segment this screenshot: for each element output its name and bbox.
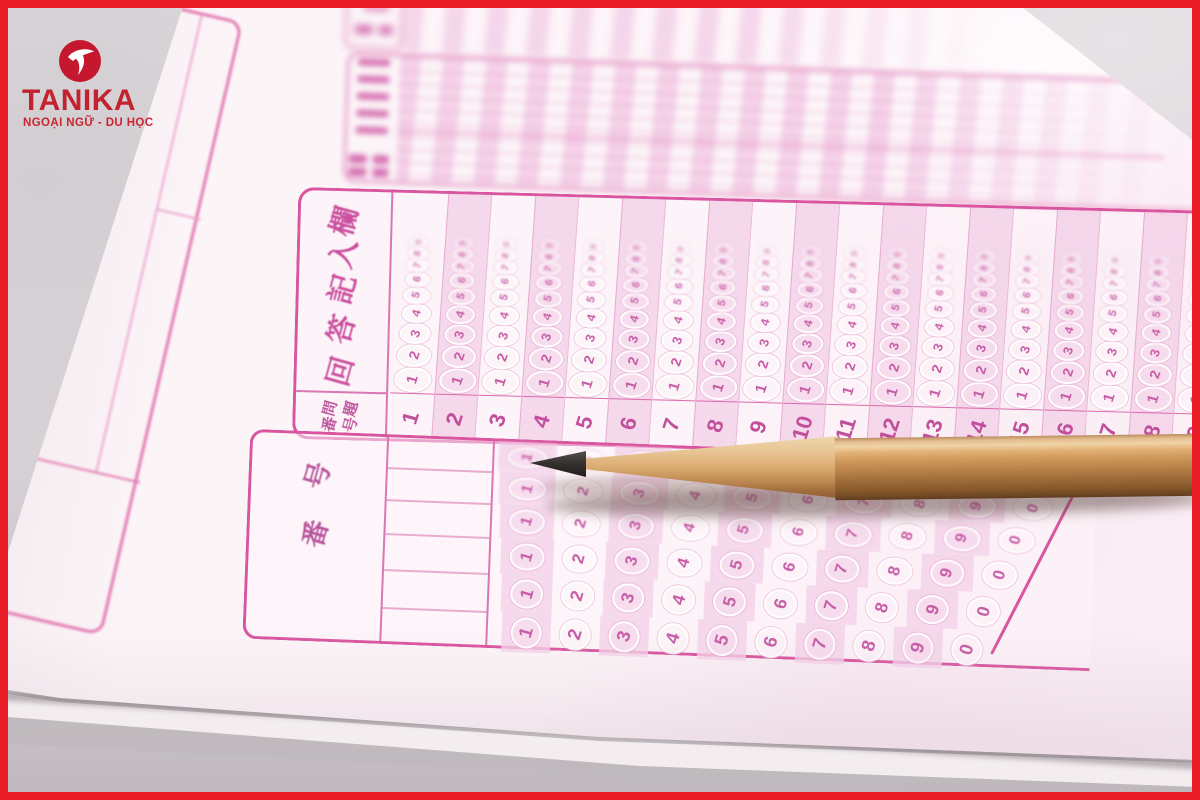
id-digit-bubble: 7: [824, 554, 860, 582]
question-number: 3: [484, 411, 513, 430]
answer-bubble: 1: [829, 377, 868, 403]
id-digit: 1: [515, 586, 538, 601]
id-digit: 0: [972, 603, 995, 618]
answer-bubble: 2: [963, 358, 999, 382]
answer-bubble: 1: [786, 376, 825, 402]
id-digit-cell: 5: [697, 619, 747, 661]
blurred-print-mark: [348, 167, 366, 177]
answer-bubble: 2: [832, 355, 868, 379]
id-digit: 0: [955, 641, 979, 657]
answer-bubble-digit: 2: [624, 355, 642, 367]
id-digit-cell: 1: [500, 538, 554, 576]
answer-bubble-digit: 8: [1152, 268, 1164, 276]
answer-bubble: 5: [1056, 303, 1084, 321]
answer-bubble-digit: 4: [583, 313, 598, 323]
far-section-middle: [288, 50, 1200, 212]
id-digit-cell: 7: [825, 516, 881, 552]
answer-bubble-digit: 4: [670, 315, 685, 325]
answer-bubble-digit: 7: [848, 272, 860, 280]
answer-bubble: 9: [1018, 252, 1038, 264]
answer-bubble-digit: 1: [796, 383, 815, 396]
answer-bubble-digit: 1: [535, 376, 554, 389]
answer-bubble-digit: 9: [1110, 257, 1121, 264]
id-digit-bubble: 9: [902, 632, 934, 664]
answer-bubble-digit: 2: [537, 353, 555, 365]
answer-bubble-digit: 4: [801, 318, 816, 328]
question-number: 9: [744, 418, 773, 437]
id-digit: 8: [884, 564, 905, 578]
id-digit-bubble: 0: [967, 596, 1001, 626]
answer-bubble: 8: [713, 255, 735, 268]
answer-bubble: 1: [1090, 384, 1129, 410]
answer-bubble-digit: 9: [762, 247, 773, 254]
answer-bubble: 6: [449, 272, 475, 288]
id-digit: 1: [518, 482, 537, 495]
id-digit: 1: [514, 625, 538, 641]
answer-bubble: 7: [1016, 274, 1040, 288]
answer-bubble-digit: 4: [408, 308, 423, 318]
answer-bubble-digit: 4: [1062, 325, 1077, 335]
id-digit: 9: [937, 566, 958, 580]
answer-bubble: 9: [844, 248, 864, 260]
id-digit-cell: 0: [973, 556, 1027, 594]
id-digit-cell: 6: [771, 514, 827, 550]
answer-bubble: 8: [974, 261, 996, 274]
blurred-print-mark: [358, 58, 390, 66]
answer-bubble: 6: [579, 276, 605, 292]
id-digit-bubble: 3: [608, 620, 640, 652]
answer-bubble-digit: 3: [1104, 346, 1121, 357]
id-digit-bubble: 2: [560, 580, 594, 610]
id-digit-cell: 2: [550, 613, 600, 655]
answer-bubble: 2: [1050, 360, 1086, 384]
answer-bubble-digit: 7: [630, 267, 642, 275]
answer-bubble-digit: 5: [410, 291, 423, 300]
id-digit: 6: [769, 596, 792, 611]
answer-bubble: 5: [491, 289, 519, 307]
question-number: 2: [440, 410, 469, 429]
photo-frame: 欄入記答回 問題番号 12345678911234567892123456789…: [0, 0, 1200, 800]
answer-bubble: 7: [1103, 276, 1127, 290]
answer-bubble: 7: [885, 271, 909, 285]
answer-bubble-digit: 8: [891, 262, 903, 270]
answer-bubble-digit: 3: [582, 332, 599, 343]
answer-bubble-digit: 4: [844, 319, 859, 329]
answer-bubble: 6: [536, 275, 562, 291]
answer-section-title-char: 記: [326, 272, 362, 308]
answer-bubble-digit: 1: [709, 381, 728, 394]
answer-bubble: 9: [409, 236, 429, 248]
answer-bubble: 5: [1012, 302, 1040, 320]
answer-bubble-digit: 2: [1189, 370, 1200, 382]
answer-bubble-digit: 8: [1065, 266, 1077, 274]
answer-bubble: 7: [798, 268, 822, 282]
answer-bubble: 9: [714, 244, 734, 256]
answer-bubble: 6: [1014, 287, 1040, 303]
id-digit-bubble: 2: [562, 544, 598, 572]
id-digit-bubble: 9: [943, 525, 980, 551]
answer-bubble-digit: 6: [1021, 291, 1034, 300]
answer-bubble: 8: [756, 256, 778, 269]
id-digit-cell: 1: [501, 574, 553, 614]
answer-bubble-digit: 7: [587, 266, 599, 274]
answer-bubble: 9: [888, 249, 908, 261]
answer-bubble-digit: 7: [804, 271, 816, 279]
id-digit: 2: [569, 551, 590, 565]
answer-bubble: 9: [670, 243, 690, 255]
answer-bubble: 8: [1060, 264, 1082, 277]
answer-bubble-digit: 5: [1063, 308, 1076, 317]
id-digit-bubble: 8: [889, 523, 926, 549]
answer-bubble-digit: 5: [715, 299, 728, 308]
id-digit-bubble: 0: [982, 561, 1018, 589]
id-digit-cell: 0: [942, 629, 992, 671]
answer-bubble-digit: 3: [669, 334, 686, 345]
id-digit: 5: [727, 558, 748, 572]
id-digit-cell: 4: [658, 544, 712, 582]
id-digit-cell: 7: [805, 585, 857, 625]
answer-bubble: 9: [1192, 257, 1200, 269]
answer-bubble-digit: 8: [1196, 270, 1200, 278]
id-digit: 6: [779, 560, 800, 574]
id-digit: 4: [667, 592, 690, 607]
answer-bubble: 4: [576, 308, 606, 328]
answer-bubble-digit: 5: [1020, 306, 1033, 315]
id-digit-bubble: 6: [780, 519, 817, 545]
answer-section-title: 欄入記答回: [296, 196, 391, 392]
answer-bubble: 9: [1149, 255, 1169, 267]
id-digit: 2: [566, 588, 589, 603]
id-digit: 3: [612, 628, 636, 644]
question-number: 8: [701, 417, 730, 436]
answer-bubble-digit: 4: [931, 322, 946, 332]
answer-bubble: 4: [401, 303, 431, 323]
answer-bubble-digit: 3: [1191, 348, 1200, 359]
answer-bubble: 6: [492, 274, 518, 290]
answer-bubble: 7: [450, 259, 474, 273]
answer-bubble-digit: 5: [933, 304, 946, 313]
answer-bubble: 3: [443, 323, 475, 345]
answer-bubble-digit: 7: [543, 264, 555, 272]
id-digit-cell: 8: [868, 552, 922, 590]
answer-bubble: 7: [581, 263, 605, 277]
answer-bubble: 7: [494, 260, 518, 274]
blurred-print-mark: [356, 126, 388, 134]
answer-bubble: 1: [438, 367, 477, 393]
answer-bubble-digit: 6: [455, 276, 468, 285]
answer-bubble-digit: 2: [711, 357, 729, 369]
id-write-in-cells: [381, 437, 493, 645]
answer-bubble: 7: [1146, 277, 1170, 291]
answer-bubble-digit: 5: [455, 292, 468, 301]
answer-bubble-digit: 5: [542, 294, 555, 303]
answer-bubble-digit: 9: [979, 253, 990, 260]
answer-bubble-digit: 9: [1023, 254, 1034, 261]
answer-bubble: 6: [971, 286, 997, 302]
answer-bubble-digit: 2: [798, 359, 816, 371]
answer-bubble: 2: [658, 350, 694, 374]
answer-bubble-digit: 6: [629, 280, 642, 289]
answer-bubble-digit: 9: [413, 238, 424, 245]
id-digit-cell: 8: [880, 518, 936, 554]
question-number: 1: [396, 409, 425, 428]
answer-bubble-digit: 7: [1021, 277, 1033, 285]
answer-bubble-digit: 8: [761, 258, 773, 266]
answer-bubble-digit: 3: [1147, 347, 1164, 358]
answer-bubble-digit: 9: [718, 246, 729, 253]
blurred-print-mark: [372, 168, 388, 178]
answer-bubble: 4: [1141, 323, 1171, 343]
answer-bubble: 2: [528, 347, 564, 371]
answer-bubble: 9: [583, 241, 603, 253]
answer-bubble: 1: [742, 375, 781, 401]
id-digit-bubble: 8: [877, 556, 913, 584]
answer-bubble-digit: 2: [450, 350, 468, 362]
answer-bubble-digit: 2: [971, 364, 989, 376]
id-digit-cell: 2: [551, 576, 603, 616]
answer-bubble: 9: [931, 250, 951, 262]
answer-bubble: 4: [967, 318, 997, 338]
id-digit: 7: [808, 636, 832, 652]
answer-bubble: 4: [489, 305, 519, 325]
answer-bubble: 8: [407, 247, 429, 260]
id-digit-bubble: 4: [657, 622, 689, 654]
answer-bubble: 6: [404, 271, 430, 287]
answer-bubble: 2: [615, 349, 651, 373]
answer-bubble: 6: [927, 285, 953, 301]
answer-bubble: 4: [1098, 321, 1128, 341]
answer-bubble-digit: 6: [1107, 293, 1120, 302]
answer-bubble-digit: 1: [1057, 390, 1076, 403]
answer-bubble-digit: 8: [717, 257, 729, 265]
answer-bubble-digit: 4: [1148, 327, 1163, 337]
answer-bubble: 6: [840, 283, 866, 299]
id-write-in-row-line: [383, 607, 487, 612]
question-number-cell: 5: [562, 397, 608, 447]
answer-bubble-digit: 7: [1108, 279, 1120, 287]
blurred-print-mark: [379, 25, 393, 34]
answer-bubble-digit: 1: [1187, 393, 1200, 406]
answer-bubble-digit: 8: [978, 264, 990, 272]
answer-bubble: 3: [1183, 343, 1200, 365]
id-digit: 9: [952, 532, 972, 545]
id-digit-bubble: 0: [951, 633, 983, 665]
answer-bubble: 3: [878, 335, 910, 357]
answer-bubble-digit: 1: [403, 373, 422, 386]
id-digit-bubble: 6: [755, 626, 787, 658]
id-digit-bubble: 7: [835, 521, 872, 547]
answer-bubble-digit: 1: [970, 388, 989, 401]
answer-bubble-digit: 5: [672, 297, 685, 306]
answer-bubble: 6: [710, 279, 736, 295]
answer-bubble: 3: [748, 331, 780, 353]
answer-bubble-digit: 5: [759, 300, 772, 309]
answer-bubble: 8: [1104, 265, 1126, 278]
answer-bubble: 3: [617, 328, 649, 350]
id-digit-bubble: 1: [509, 508, 546, 534]
answer-bubble-digit: 2: [580, 354, 598, 366]
answer-bubble-digit: 4: [1192, 328, 1200, 338]
answer-bubble: 5: [969, 301, 997, 319]
id-digit: 1: [517, 515, 537, 528]
answer-bubble: 5: [882, 299, 910, 317]
answer-bubble: 3: [1052, 339, 1084, 361]
question-number: 6: [614, 414, 643, 433]
answer-bubble-digit: 8: [457, 250, 469, 258]
answer-bubble-digit: 5: [1107, 309, 1120, 318]
answer-bubble: 4: [837, 315, 867, 335]
answer-bubble-digit: 9: [892, 251, 903, 258]
answer-bubble: 3: [791, 332, 823, 354]
answer-bubble-digit: 1: [883, 385, 902, 398]
answer-bubble: 2: [1006, 359, 1042, 383]
id-digit-bubble: 7: [814, 590, 848, 620]
answer-bubble: 9: [540, 240, 560, 252]
answer-bubble-digit: 9: [1197, 259, 1200, 266]
id-digit-cell: 4: [653, 579, 705, 619]
blurred-print-mark: [364, 5, 390, 11]
answer-bubble: 2: [1136, 362, 1172, 386]
id-digit: 1: [519, 451, 537, 463]
id-write-in-row-line: [384, 569, 488, 574]
swallow-bird-icon: [59, 40, 101, 82]
answer-bubble: 3: [704, 330, 736, 352]
answer-bubble-digit: 4: [496, 310, 511, 320]
answer-bubble: 2: [1093, 361, 1129, 385]
id-digit-bubble: 0: [998, 527, 1035, 553]
answer-bubble-digit: 8: [848, 260, 860, 268]
id-digit-bubble: 4: [667, 548, 703, 576]
id-digit: 1: [517, 549, 538, 563]
id-digit: 0: [990, 568, 1011, 582]
answer-bubble: 8: [539, 250, 561, 263]
answer-bubble: 6: [1145, 291, 1171, 307]
answer-bubble-digit: 4: [1105, 326, 1120, 336]
id-digit-cell: 3: [599, 615, 649, 657]
answer-bubble: 9: [801, 246, 821, 258]
answer-bubble: 8: [887, 259, 909, 272]
answer-bubble-digit: 4: [888, 321, 903, 331]
answer-bubble-digit: 7: [935, 275, 947, 283]
answer-bubble: 8: [843, 258, 865, 271]
answer-bubble-digit: 9: [457, 240, 468, 247]
answer-bubble-digit: 1: [665, 380, 684, 393]
answer-bubble: 8: [1017, 263, 1039, 276]
answer-bubble-digit: 8: [587, 254, 599, 262]
answer-bubble-digit: 6: [1151, 294, 1164, 303]
answer-bubble-digit: 1: [839, 384, 858, 397]
answer-bubble: 4: [750, 312, 780, 332]
answer-bubble-digit: 4: [757, 317, 772, 327]
answer-bubble: 1: [568, 371, 607, 397]
answer-bubble-digit: 5: [498, 293, 511, 302]
answer-bubble: 2: [396, 343, 432, 367]
answer-bubble-digit: 3: [712, 336, 729, 347]
answer-bubble: 8: [582, 251, 604, 264]
answer-bubble: 4: [619, 309, 649, 329]
id-digit-cell: 8: [856, 587, 908, 627]
answer-bubble: 5: [925, 300, 953, 318]
answer-bubble: 8: [626, 252, 648, 265]
answer-bubble-digit: 7: [978, 276, 990, 284]
answer-section-title-char: 答: [325, 312, 361, 348]
answer-bubble: 1: [655, 373, 694, 399]
id-digit-cell: 5: [704, 581, 756, 621]
answer-bubble-digit: 3: [843, 339, 860, 350]
answer-bubble-digit: 5: [628, 296, 641, 305]
id-digit: 3: [626, 519, 646, 532]
id-digit: 7: [843, 527, 863, 540]
id-digit: 7: [820, 598, 843, 613]
answer-bubble-digit: 9: [588, 243, 599, 250]
answer-bubble: 7: [842, 269, 866, 283]
answer-bubble: 3: [399, 322, 431, 344]
id-digit-cell: 7: [815, 550, 869, 588]
answer-bubble: 1: [481, 368, 520, 394]
answer-bubble: 7: [668, 265, 692, 279]
answer-bubble: 7: [711, 266, 735, 280]
answer-bubble-digit: 7: [674, 268, 686, 276]
answer-bubble-digit: 3: [973, 342, 990, 353]
answer-bubble: 8: [800, 257, 822, 270]
answer-bubble-digit: 8: [500, 251, 512, 259]
blurred-print-mark: [356, 109, 388, 117]
answer-bubble-digit: 2: [405, 349, 423, 361]
answer-bubble: 5: [665, 293, 693, 311]
id-digit-bubble: 5: [713, 586, 747, 616]
answer-bubble: 6: [666, 278, 692, 294]
answer-bubble-digit: 1: [1144, 392, 1163, 405]
id-digit: 7: [832, 562, 853, 576]
answer-bubble-digit: 7: [1195, 281, 1200, 289]
id-digit: 2: [572, 517, 592, 530]
answer-bubble-digit: 3: [1017, 344, 1034, 355]
answer-bubble: 1: [916, 380, 955, 406]
answer-bubble: 9: [1105, 254, 1125, 266]
answer-bubble-digit: 9: [936, 252, 947, 259]
id-digit-cell: 9: [934, 520, 990, 556]
answer-bubble: 3: [1009, 338, 1041, 360]
answer-bubble-digit: 3: [451, 329, 468, 340]
answer-bubble: 4: [706, 311, 736, 331]
answer-bubble-digit: 5: [1150, 310, 1163, 319]
answer-bubble-digit: 4: [975, 323, 990, 333]
answer-bubble-digit: 1: [622, 378, 641, 391]
answer-bubble: 7: [972, 273, 996, 287]
answer-bubble-digit: 9: [675, 245, 686, 252]
id-digit-cell: 6: [763, 548, 817, 586]
answer-bubble-digit: 6: [890, 287, 903, 296]
answer-bubble-digit: 8: [1022, 265, 1034, 273]
answer-bubble-digit: 4: [1018, 324, 1033, 334]
answer-bubble: 1: [393, 366, 432, 392]
far-section-top-header-box: [344, 0, 404, 50]
answer-bubble: 5: [621, 292, 649, 310]
id-digit-bubble: 3: [617, 512, 654, 538]
answer-bubble: 4: [1011, 319, 1041, 339]
id-digit-cell: 1: [499, 503, 555, 539]
answer-bubble: 3: [965, 337, 997, 359]
answer-bubble-digit: 6: [847, 286, 860, 295]
answer-bubble-digit: 1: [1013, 389, 1032, 402]
question-columns: 1234567891123456789212345678931234567894…: [387, 193, 1200, 463]
answer-bubble-digit: 3: [625, 333, 642, 344]
id-digit-bubble: 6: [772, 552, 808, 580]
id-section-label: 号番: [245, 432, 387, 641]
answer-bubble-digit: 2: [928, 363, 946, 375]
answer-bubble: 5: [708, 294, 736, 312]
blurred-print-mark: [355, 25, 373, 35]
